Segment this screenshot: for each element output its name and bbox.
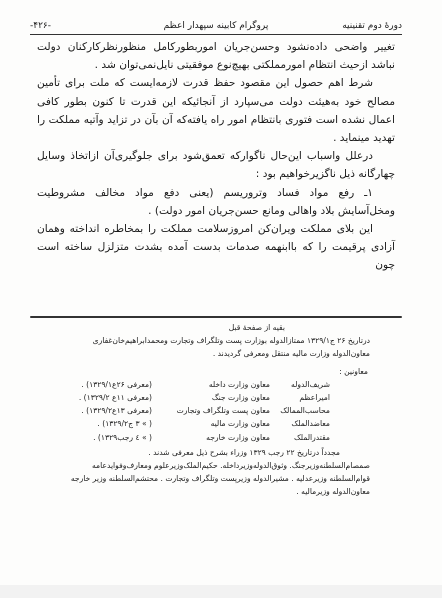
deputy-row: معاضدالملک معاون وزارت مالیه ( » ۳ ج۱۳۲۹… — [38, 417, 340, 430]
deputy-post: معاون وزارت جنگ — [152, 391, 270, 404]
deputy-row: امیراعظم معاون وزارت جنگ (معرفی ۱۱ع ۱۳۲۹… — [38, 391, 340, 404]
deputy-name: محاسب‌الممالک — [270, 404, 340, 417]
paragraph-2: شرط اهم حصول این مقصود حفظ قدرت لازمه‌ای… — [37, 74, 395, 147]
body-text: تغییر واضحی داده‌نشود وحسن‌جریان اموربطو… — [37, 38, 395, 275]
footnote-closing-line: مجدداً درتاریخ ۲۲ رجب ۱۳۲۹ وزراء بشرح ذی… — [38, 446, 370, 459]
section-title: دورهٔ دوم تقنینیه — [342, 21, 402, 31]
footnote-divider — [30, 316, 402, 318]
footnote: بقیه از صفحهٔ قبل درتاریخ ۲۶ ج۱۳۲۹/۱ ممت… — [38, 321, 370, 499]
deputy-post: معاون وزارت خارجه — [152, 431, 270, 444]
continued-label: بقیه از صفحهٔ قبل — [38, 321, 370, 334]
deputy-name: امیراعظم — [270, 391, 340, 404]
deputy-post: معاون پست وتلگراف وتجارت — [152, 404, 270, 417]
footnote-closing-line: صمصام‌السلطنه‌وزیرجنگ. وثوق‌الدوله‌وزیرد… — [38, 459, 370, 472]
paragraph-5: این بلای مملکت ویران‌کن امروزسلامت مملکت… — [37, 220, 395, 275]
deputy-row: محاسب‌الممالک معاون پست وتلگراف وتجارت (… — [38, 404, 340, 417]
footnote-intro-line: معاون‌الدوله وزارت مالیه منتقل ومعرفی گر… — [38, 347, 370, 360]
deputy-name: مقتدرالملک — [270, 431, 340, 444]
deputy-date: (معرفی ۱۳ع۱۳۲۹/۲) . — [81, 404, 152, 417]
deputy-date: ( » ۳ ج۱۳۲۹/۲) . — [97, 417, 152, 430]
deputy-name: معاضدالملک — [270, 417, 340, 430]
running-title: پروگرام کابینه سپهدار اعظم — [164, 21, 269, 31]
deputy-date: (معرفی ۱۱ع ۱۳۲۹/۲) . — [79, 391, 152, 404]
document-page: دورهٔ دوم تقنینیه پروگرام کابینه سپهدار … — [0, 0, 442, 585]
paragraph-3: درعلل واسباب این‌حال ناگوارکه تعمق‌شود ب… — [37, 147, 395, 183]
footnote-closing-line: قوام‌السلطنه وزیرعدلیه . مشیرالدوله وزیر… — [38, 472, 370, 485]
paragraph-1: تغییر واضحی داده‌نشود وحسن‌جریان اموربطو… — [37, 38, 395, 74]
deputy-row: شریف‌الدوله معاون وزارت داخله (معرفی ۲۶ع… — [38, 378, 340, 391]
deputy-name: شریف‌الدوله — [270, 378, 340, 391]
footnote-intro-line: درتاریخ ۲۶ ج۱۳۲۹/۱ ممتازالدوله بوزارت پس… — [38, 334, 370, 347]
deputies-label: معاونین : — [38, 365, 370, 378]
footnote-closing-line: معاون‌الدوله وزیرمالیه . — [38, 485, 370, 498]
deputies-list: شریف‌الدوله معاون وزارت داخله (معرفی ۲۶ع… — [38, 378, 370, 444]
deputy-post: معاون وزارت مالیه — [152, 417, 270, 430]
deputy-date: ( » ٤ رجب۱۳۲۹) . — [93, 431, 152, 444]
paragraph-4-item-1: ۱ـ رفع مواد فساد وتروریسم (یعنی دفع مواد… — [37, 184, 395, 220]
deputy-row: مقتدرالملک معاون وزارت خارجه ( » ٤ رجب۱۳… — [38, 431, 340, 444]
deputy-date: (معرفی ۲۶ع۱۳۲۹/۱) . — [81, 378, 152, 391]
header-divider — [30, 34, 402, 35]
page-number: -۴۲۶- — [30, 21, 51, 31]
page-header: دورهٔ دوم تقنینیه پروگرام کابینه سپهدار … — [30, 17, 402, 35]
deputy-post: معاون وزارت داخله — [152, 378, 270, 391]
